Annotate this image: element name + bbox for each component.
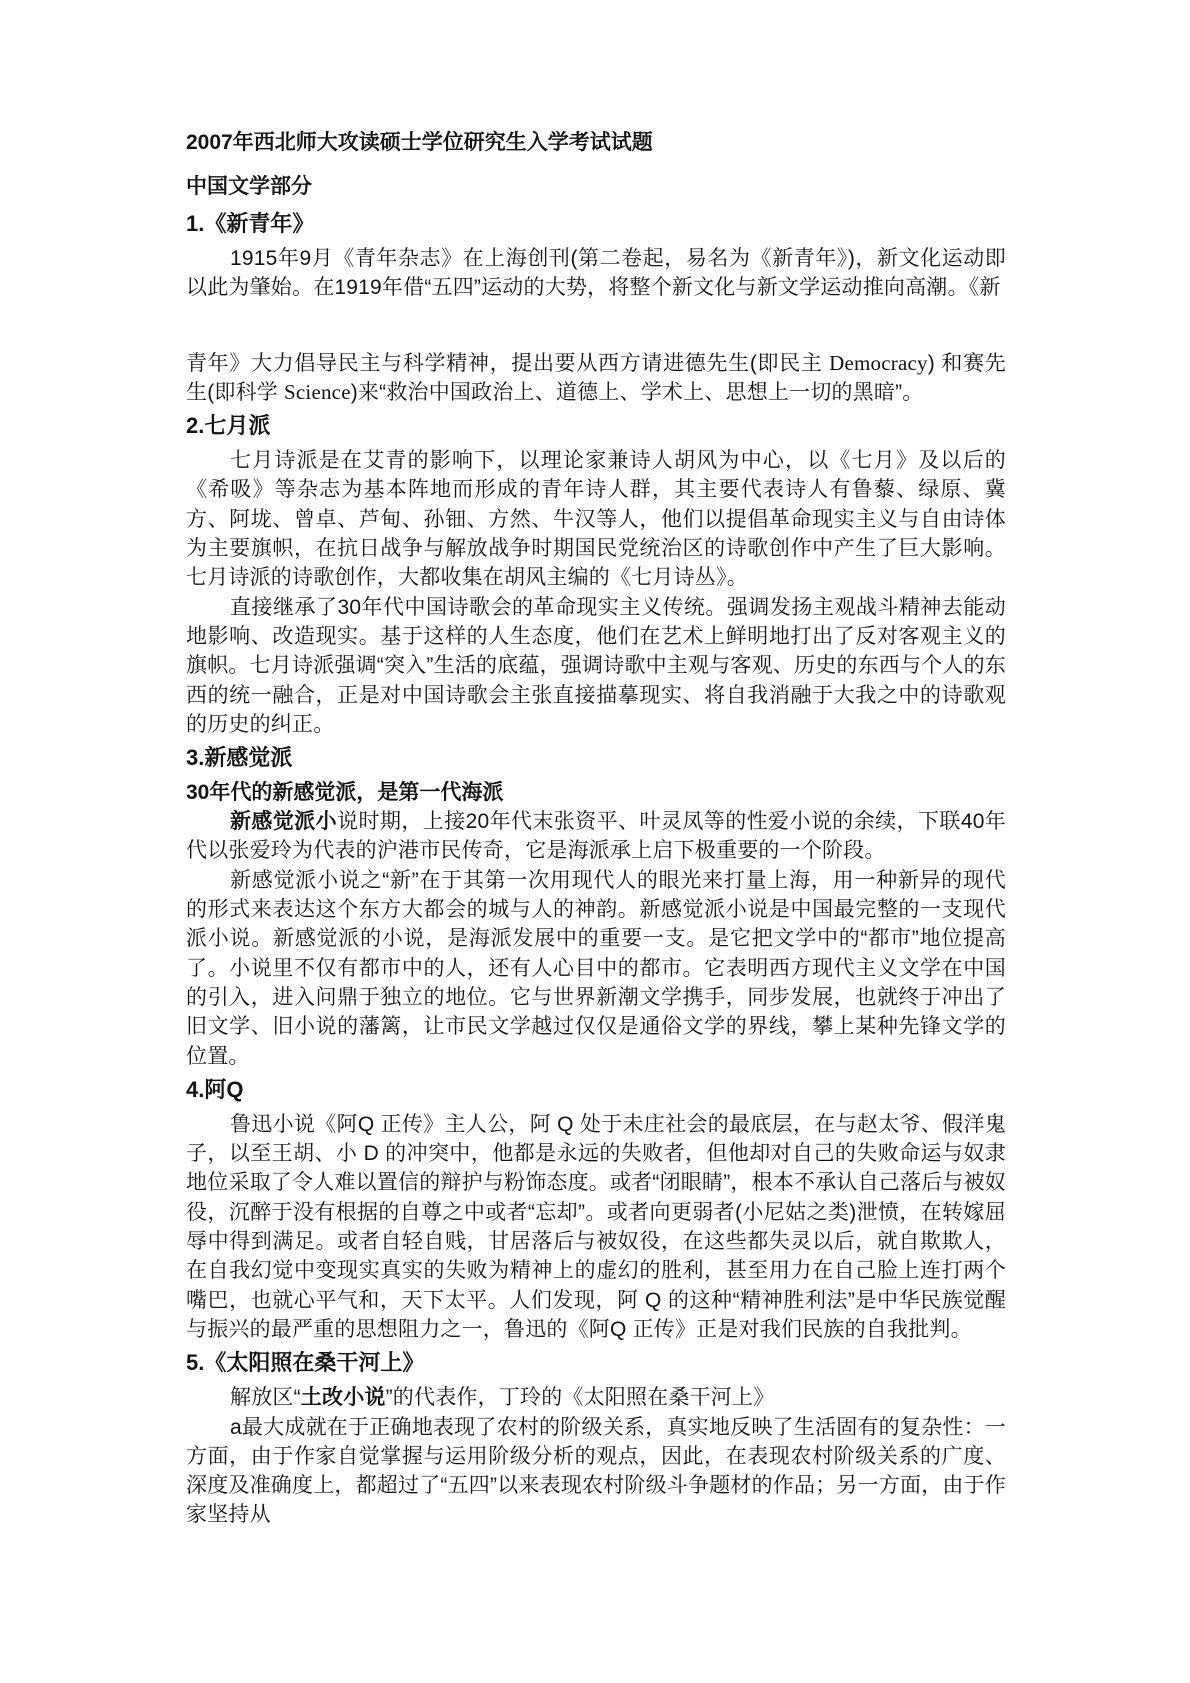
- document-title: 2007年西北师大攻读硕士学位研究生入学考试试题: [186, 131, 1006, 155]
- paragraph: a最大成就在于正确地表现了农村的阶级关系，真实地反映了生活固有的复杂性：一方面，…: [186, 1413, 1006, 1530]
- paragraph: 鲁迅小说《阿Q 正传》主人公，阿 Q 处于未庄社会的最底层，在与赵太爷、假洋鬼子…: [186, 1110, 1006, 1344]
- section-ahq: 4.阿Q 鲁迅小说《阿Q 正传》主人公，阿 Q 处于未庄社会的最底层，在与赵太爷…: [186, 1077, 1006, 1344]
- section-xinganjuepai: 3.新感觉派 30年代的新感觉派，是第一代海派 新感觉派小说时期，上接20年代末…: [186, 745, 1006, 1071]
- paragraph: 新感觉派小说时期，上接20年代末张资平、叶灵凤等的性爱小说的余续，下联40年代以…: [186, 807, 1006, 866]
- section-qiyuepai: 2.七月派 七月诗派是在艾青的影响下，以理论家兼诗人胡风为中心，以《七月》及以后…: [186, 413, 1006, 739]
- section-heading: 5.《太阳照在桑干河上》: [186, 1350, 1006, 1376]
- section-heading: 2.七月派: [186, 413, 1006, 439]
- paragraph: 解放区“土改小说”的代表作，丁玲的《太阳照在桑干河上》: [186, 1383, 1006, 1412]
- paragraph: 直接继承了30年代中国诗歌会的革命现实主义传统。强调发扬主观战斗精神去能动地影响…: [186, 593, 1006, 739]
- paragraph: 七月诗派是在艾青的影响下，以理论家兼诗人胡风为中心，以《七月》及以后的《希吸》等…: [186, 446, 1006, 592]
- section-heading: 3.新感觉派: [186, 745, 1006, 771]
- section-subheading: 30年代的新感觉派，是第一代海派: [186, 778, 1006, 807]
- section-heading: 1.《新青年》: [186, 211, 1006, 237]
- part-heading: 中国文学部分: [186, 175, 1006, 199]
- paragraph: 1915年9月《青年杂志》在上海创刊(第二卷起，易名为《新青年》)，新文化运动即…: [186, 244, 1006, 303]
- paragraph: 新感觉派小说之“新”在于其第一次用现代人的眼光来打量上海，用一种新异的现代的形式…: [186, 866, 1006, 1071]
- section-heading: 4.阿Q: [186, 1077, 1006, 1103]
- section-taiyangzhao: 5.《太阳照在桑干河上》 解放区“土改小说”的代表作，丁玲的《太阳照在桑干河上》…: [186, 1350, 1006, 1529]
- section-xinqingnian: 1.《新青年》 1915年9月《青年杂志》在上海创刊(第二卷起，易名为《新青年》…: [186, 211, 1006, 407]
- paragraph: 青年》大力倡导民主与科学精神，提出要从西方请进德先生(即民主 Democracy…: [186, 349, 1006, 408]
- document-page: 2007年西北师大攻读硕士学位研究生入学考试试题 中国文学部分 1.《新青年》 …: [0, 0, 1190, 1683]
